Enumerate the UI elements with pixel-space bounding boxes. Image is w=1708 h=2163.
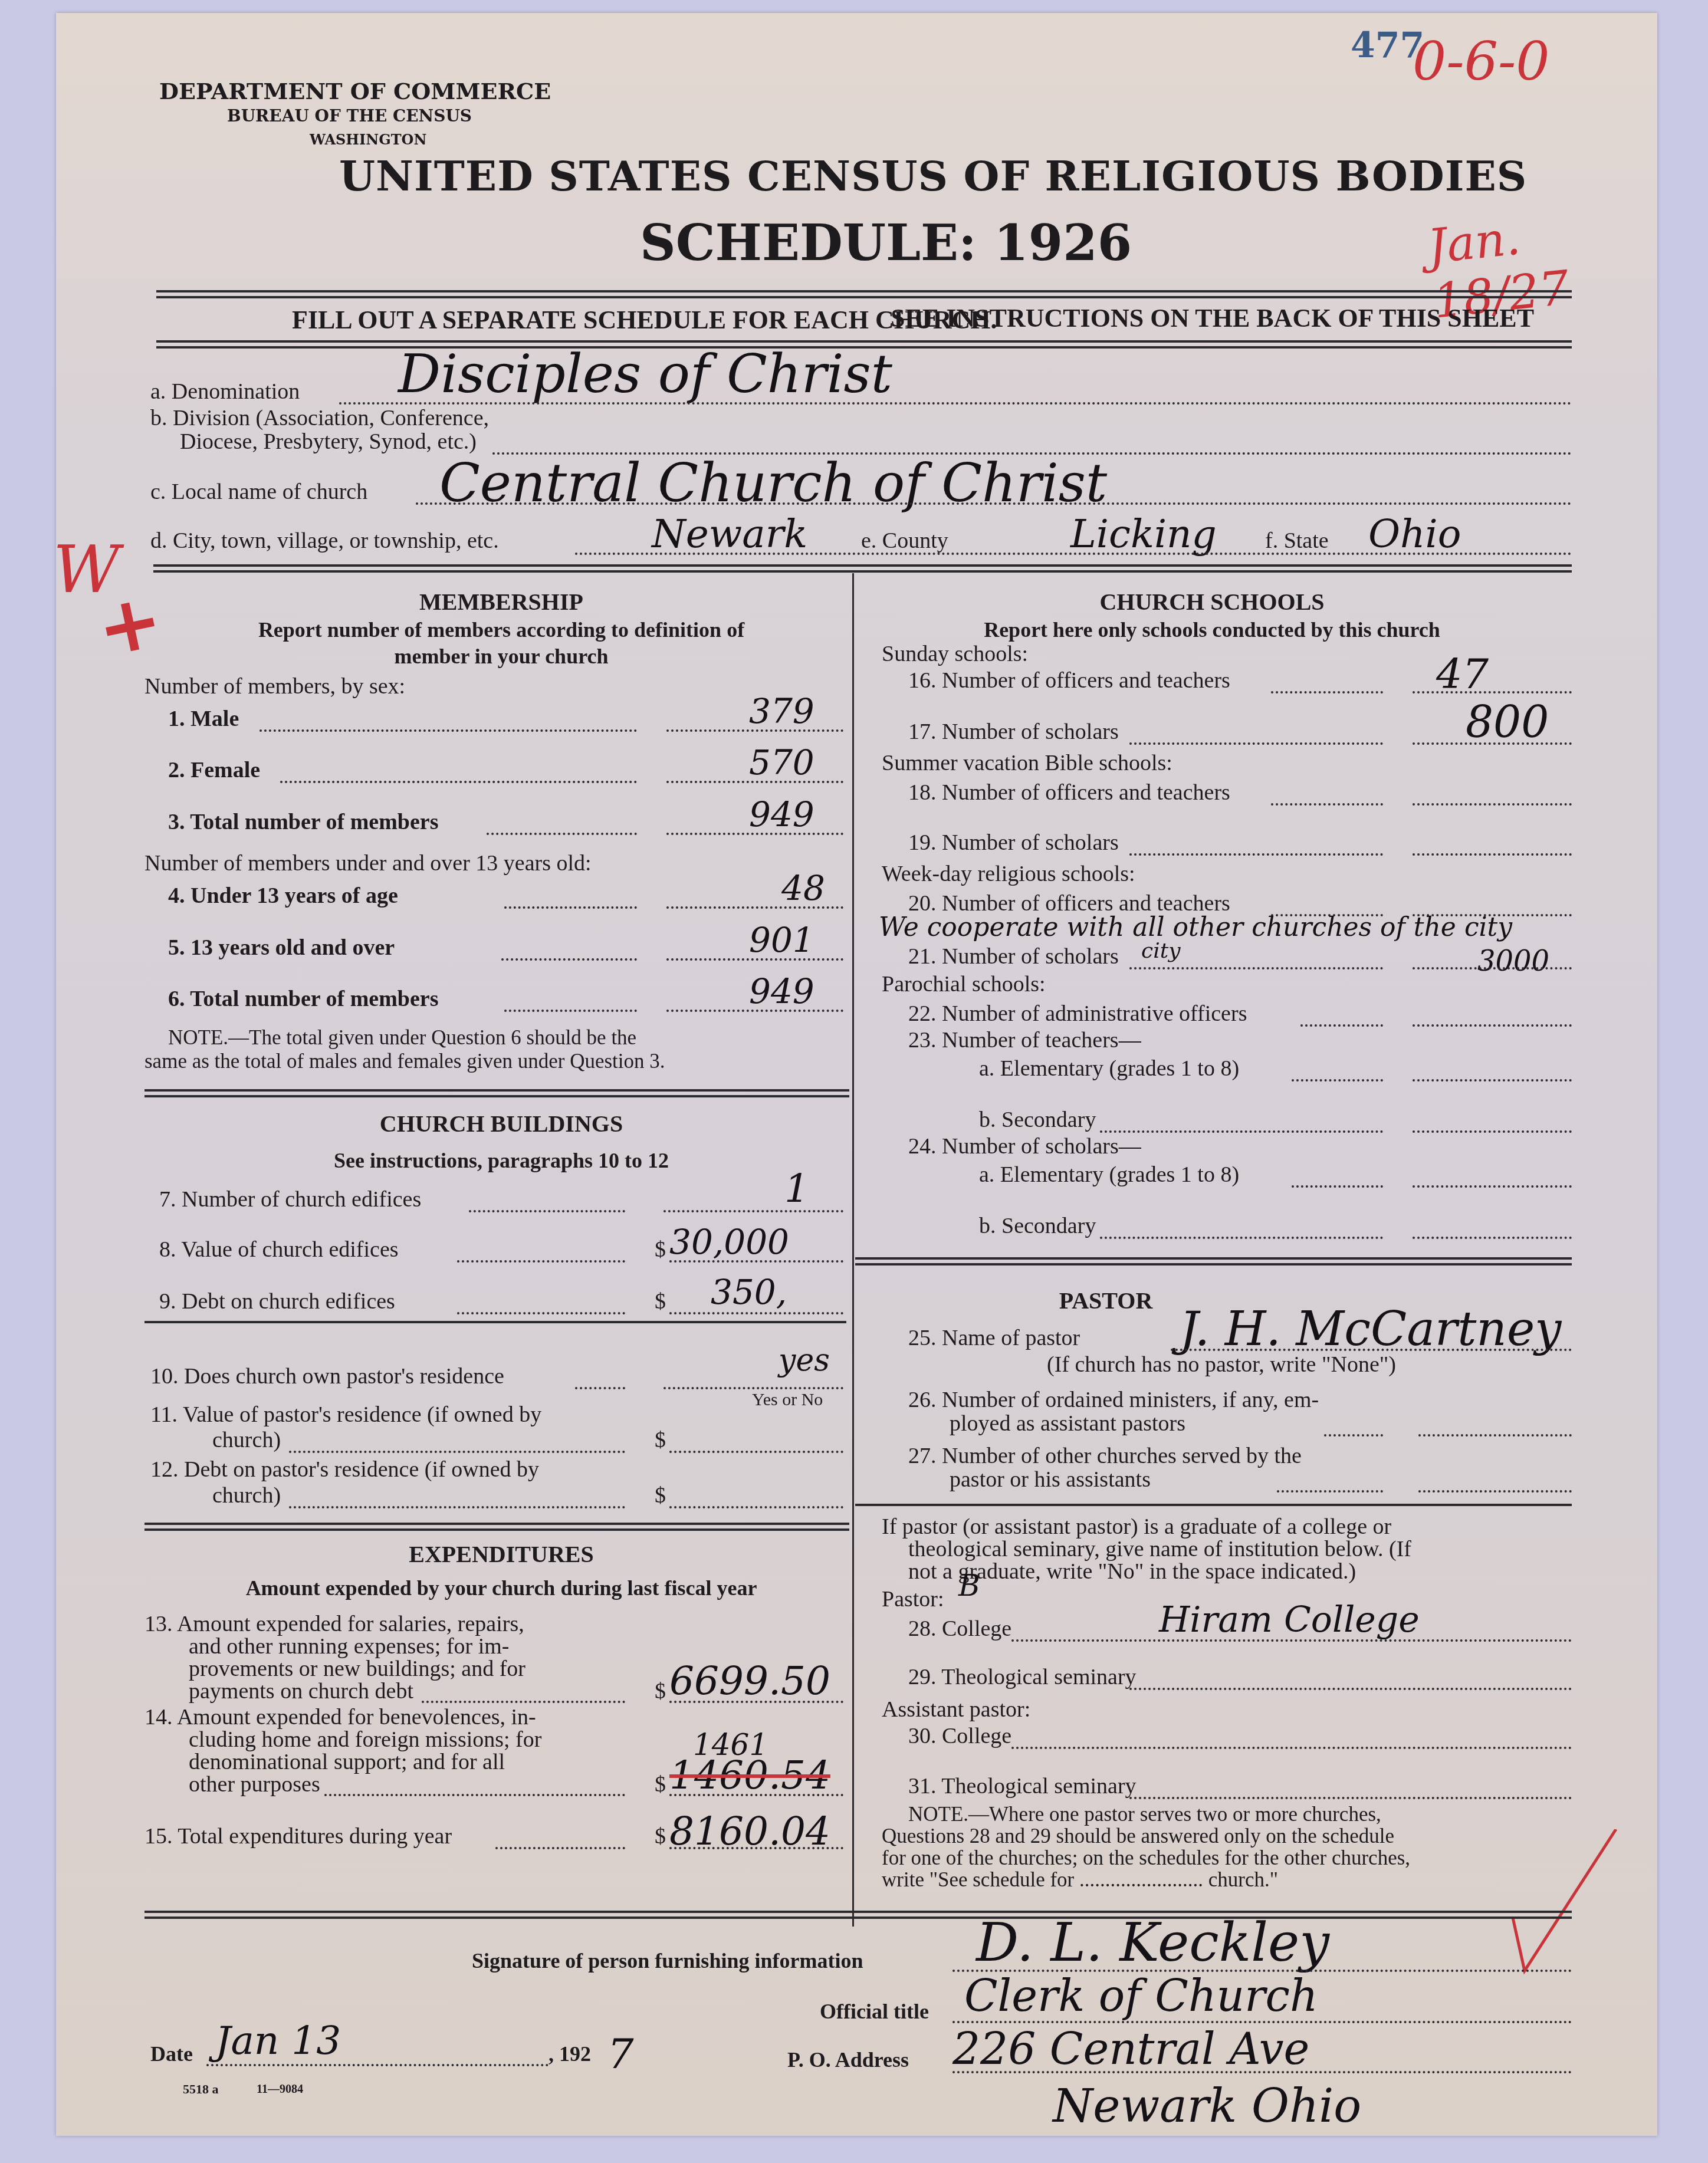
membership-subtitle-2: member in your church	[153, 644, 849, 669]
state-field[interactable]: Ohio	[1368, 511, 1461, 557]
q5-label: 5. 13 years old and over	[168, 935, 395, 961]
denomination-label: a. Denomination	[150, 379, 300, 405]
leader	[1129, 853, 1383, 856]
po-address-line2[interactable]: Newark Ohio	[1053, 2080, 1361, 2133]
parochial-schools-label: Parochial schools:	[882, 971, 1046, 997]
answer-line	[669, 1260, 843, 1263]
q19-field[interactable]	[1413, 853, 1572, 856]
q23b-field[interactable]	[1413, 1130, 1572, 1133]
date-field[interactable]: Jan 13	[215, 2018, 341, 2063]
q18-field[interactable]	[1413, 803, 1572, 806]
membership-note-1: NOTE.—The total given under Question 6 s…	[168, 1026, 636, 1050]
q4-under13-field[interactable]: 48	[781, 868, 825, 908]
bureau-name: BUREAU OF THE CENSUS	[227, 106, 472, 126]
q11-value-field[interactable]	[669, 1451, 843, 1453]
dollar-sign: $	[655, 1482, 666, 1508]
sunday-schools-label: Sunday schools:	[882, 641, 1028, 667]
divider	[156, 290, 1572, 298]
dollar-sign: $	[655, 1771, 666, 1797]
leader	[1271, 691, 1383, 693]
by-age-label: Number of members under and over 13 year…	[144, 850, 592, 876]
q2-label: 2. Female	[168, 757, 260, 783]
document-title: UNITED STATES CENSUS OF RELIGIOUS BODIES	[339, 152, 1527, 200]
red-check-icon	[1507, 1829, 1619, 1983]
summer-schools-label: Summer vacation Bible schools:	[882, 750, 1172, 776]
leader	[457, 1260, 625, 1263]
answer-line	[666, 1010, 843, 1012]
divider	[855, 1504, 1572, 1506]
divider	[153, 564, 1572, 573]
assistant-pastor-sublabel: Assistant pastor:	[882, 1697, 1030, 1722]
leader	[1300, 1024, 1383, 1027]
state-label: f. State	[1265, 528, 1329, 554]
leader	[1129, 967, 1383, 969]
leader	[1292, 1185, 1383, 1188]
signature-label: Signature of person furnishing informati…	[472, 1948, 863, 1973]
dollar-sign: $	[655, 1237, 666, 1263]
q24a-label: a. Elementary (grades 1 to 8)	[979, 1162, 1239, 1188]
divider	[855, 1257, 1572, 1265]
church-schools-subtitle: Report here only schools conducted by th…	[858, 617, 1566, 642]
po-address-label: P. O. Address	[787, 2047, 909, 2072]
q8-label: 8. Value of church edifices	[159, 1237, 399, 1263]
answer-line	[669, 1847, 843, 1849]
church-name-field[interactable]: Central Church of Christ	[439, 452, 1107, 514]
answer-line	[664, 1387, 843, 1389]
q29-label: 29. Theological seminary	[908, 1664, 1137, 1690]
by-sex-label: Number of members, by sex:	[144, 673, 405, 699]
q26-line-2: ployed as assistant pastors	[950, 1411, 1185, 1436]
q16-label: 16. Number of officers and teachers	[908, 668, 1230, 693]
answer-line	[1011, 1639, 1572, 1642]
q24-label: 24. Number of scholars—	[908, 1133, 1141, 1159]
leader	[469, 1210, 625, 1212]
q31-label: 31. Theological seminary	[908, 1773, 1137, 1799]
county-label: e. County	[861, 528, 948, 554]
leader	[1292, 1079, 1383, 1081]
census-schedule-document: DEPARTMENT OF COMMERCE BUREAU OF THE CEN…	[56, 13, 1657, 2136]
leader	[289, 1506, 625, 1508]
church-name-line	[416, 502, 1572, 505]
pastor-red-mark: B	[958, 1569, 980, 1603]
answer-line	[666, 906, 843, 909]
leader	[280, 781, 637, 783]
red-code: 0-6-0	[1413, 31, 1550, 93]
q12-label-2: church)	[212, 1482, 281, 1508]
q3-label: 3. Total number of members	[168, 809, 438, 835]
q6-total-field[interactable]: 949	[749, 971, 814, 1011]
leader	[1277, 1490, 1383, 1493]
pastor-note-4: write "See schedule for ................…	[882, 1868, 1278, 1892]
q11-label-1: 11. Value of pastor's residence (if owne…	[150, 1402, 541, 1428]
q28-college-field[interactable]: Hiram College	[1159, 1599, 1420, 1641]
q27-line-2: pastor or his assistants	[950, 1467, 1151, 1493]
q7-edifices-field[interactable]: 1	[784, 1166, 809, 1211]
q21-label: 21. Number of scholars	[908, 944, 1119, 969]
leader	[504, 906, 637, 909]
answer-line	[669, 1312, 843, 1314]
church-buildings-subtitle: See instructions, paragraphs 10 to 12	[153, 1148, 849, 1173]
expenditures-subtitle: Amount expended by your church during la…	[153, 1576, 849, 1600]
q17-scholars-field[interactable]: 800	[1466, 697, 1549, 748]
q4-label: 4. Under 13 years of age	[168, 883, 398, 909]
dollar-sign: $	[655, 1427, 666, 1453]
answer-line	[952, 2071, 1572, 2073]
date-label: Date	[150, 2042, 193, 2066]
signature-field[interactable]: D. L. Keckley	[976, 1912, 1329, 1974]
leader	[422, 1701, 625, 1703]
official-title-label: Official title	[820, 1999, 929, 2024]
leader	[487, 833, 637, 835]
q13-line-4: payments on church debt	[189, 1678, 413, 1704]
q11-label-2: church)	[212, 1427, 281, 1453]
q3-total-field[interactable]: 949	[749, 794, 814, 834]
answer-line	[1413, 742, 1572, 745]
print-code: 11—9084	[257, 2083, 303, 2096]
dollar-sign: $	[655, 1678, 666, 1704]
membership-note-2: same as the total of males and females g…	[144, 1050, 665, 1073]
church-schools-heading: CHURCH SCHOOLS	[858, 588, 1566, 616]
q25-label: 25. Name of pastor	[908, 1325, 1080, 1351]
leader	[1271, 803, 1383, 806]
membership-heading: MEMBERSHIP	[153, 588, 849, 616]
q5-over13-field[interactable]: 901	[749, 920, 814, 960]
q23a-label: a. Elementary (grades 1 to 8)	[979, 1056, 1239, 1081]
form-number: 5518 a	[183, 2082, 219, 2097]
q27-field[interactable]	[1418, 1490, 1572, 1493]
leader	[457, 1312, 625, 1314]
schedule-year: SCHEDULE: 1926	[640, 213, 1132, 272]
instruction-right: SEE INSTRUCTIONS ON THE BACK OF THIS SHE…	[891, 303, 1534, 333]
answer-line	[1413, 967, 1572, 969]
leader	[1100, 1130, 1383, 1133]
leader	[260, 729, 637, 732]
q28-label: 28. College	[908, 1616, 1011, 1642]
q31-seminary-field[interactable]	[1129, 1797, 1572, 1799]
division-label-2: Diocese, Presbytery, Synod, etc.)	[180, 429, 477, 455]
q24b-field[interactable]	[1413, 1237, 1572, 1239]
year-digit-field[interactable]: 7	[607, 2030, 634, 2078]
answer-line	[666, 729, 843, 732]
leader	[501, 958, 637, 961]
column-divider	[852, 573, 854, 1927]
q10-residence-field[interactable]: yes	[779, 1343, 830, 1378]
membership-subtitle-1: Report number of members according to de…	[153, 617, 849, 642]
yes-no-hint: Yes or No	[752, 1390, 823, 1410]
pastor-sublabel: Pastor:	[882, 1586, 944, 1612]
q24a-field[interactable]	[1413, 1185, 1572, 1188]
department-name: DEPARTMENT OF COMMERCE	[159, 78, 551, 104]
divider	[144, 1911, 1572, 1919]
q22-label: 22. Number of administrative officers	[908, 1001, 1247, 1027]
q23b-label: b. Secondary	[979, 1107, 1096, 1133]
leader	[495, 1847, 625, 1849]
q24b-label: b. Secondary	[979, 1213, 1096, 1239]
q13-expended-field[interactable]: 6699.50	[669, 1658, 830, 1704]
q18-label: 18. Number of officers and teachers	[908, 780, 1230, 806]
weekday-cooperation-note: We cooperate with all other churches of …	[879, 912, 1512, 942]
q30-college-field[interactable]	[1011, 1747, 1572, 1749]
q30-label: 30. College	[908, 1723, 1011, 1749]
location-line	[575, 553, 1572, 555]
q2-female-field[interactable]: 570	[749, 742, 814, 783]
church-name-label: c. Local name of church	[150, 479, 367, 505]
answer-line	[664, 1210, 843, 1212]
q27-line-1: 27. Number of other churches served by t…	[908, 1443, 1302, 1469]
q7-label: 7. Number of church edifices	[159, 1186, 421, 1212]
pastor-note-1: NOTE.—Where one pastor serves two or mor…	[908, 1803, 1381, 1826]
q8-value-field[interactable]: 30,000	[669, 1222, 789, 1262]
answer-line	[206, 2064, 548, 2066]
po-address-field[interactable]: 226 Central Ave	[952, 2024, 1309, 2075]
q14-line-4: other purposes	[189, 1771, 320, 1797]
leader	[504, 1010, 637, 1012]
q19-label: 19. Number of scholars	[908, 830, 1119, 856]
divider	[144, 1523, 849, 1531]
q26-field[interactable]	[1418, 1434, 1572, 1436]
divider	[144, 1321, 846, 1323]
q1-label: 1. Male	[168, 706, 239, 732]
division-label-1: b. Division (Association, Conference,	[150, 405, 489, 431]
q23-label: 23. Number of teachers—	[908, 1027, 1141, 1053]
dollar-sign: $	[655, 1823, 666, 1849]
answer-line	[666, 833, 843, 835]
city-name: WASHINGTON	[310, 131, 426, 148]
q25-hint: (If church has no pastor, write "None")	[1047, 1352, 1396, 1378]
q22-field[interactable]	[1413, 1024, 1572, 1027]
leader	[575, 1387, 625, 1389]
q21-inline-note: city	[1141, 939, 1180, 963]
answer-line	[952, 2021, 1572, 2023]
answer-line	[669, 1794, 843, 1796]
denomination-field[interactable]: Disciples of Christ	[398, 343, 892, 405]
q29-seminary-field[interactable]	[1129, 1688, 1572, 1690]
weekday-schools-label: Week-day religious schools:	[882, 861, 1135, 887]
city-field[interactable]: Newark	[652, 511, 807, 557]
expenditures-heading: EXPENDITURES	[153, 1540, 849, 1568]
answer-line	[666, 781, 843, 783]
leader	[324, 1794, 625, 1796]
leader	[289, 1451, 625, 1453]
answer-line	[669, 1701, 843, 1703]
answer-line	[1413, 691, 1572, 693]
q23a-field[interactable]	[1413, 1079, 1572, 1081]
q21-scholars-field[interactable]: 3000	[1477, 945, 1549, 978]
q12-label-1: 12. Debt on pastor's residence (if owned…	[150, 1457, 539, 1482]
q14-benevolences-field[interactable]: 1460.54	[669, 1753, 830, 1798]
q26-line-1: 26. Number of ordained ministers, if any…	[908, 1387, 1319, 1413]
leader	[1324, 1434, 1383, 1436]
q17-label: 17. Number of scholars	[908, 719, 1119, 745]
year-prefix: , 192	[548, 2042, 591, 2066]
answer-line	[1171, 1349, 1572, 1351]
county-field[interactable]: Licking	[1070, 511, 1217, 557]
divider	[144, 1089, 849, 1097]
q6-label: 6. Total number of members	[168, 986, 438, 1012]
denomination-line	[339, 402, 1572, 405]
q1-male-field[interactable]: 379	[749, 691, 814, 731]
dollar-sign: $	[655, 1288, 666, 1314]
pastor-note-3: for one of the churches; on the schedule…	[882, 1846, 1410, 1870]
official-title-field[interactable]: Clerk of Church	[964, 1971, 1318, 2021]
city-label: d. City, town, village, or township, etc…	[150, 528, 499, 554]
answer-line	[666, 958, 843, 961]
q15-label: 15. Total expenditures during year	[144, 1823, 452, 1849]
pastor-note-2: Questions 28 and 29 should be answered o…	[882, 1825, 1394, 1848]
q9-label: 9. Debt on church edifices	[159, 1288, 395, 1314]
q9-debt-field[interactable]: 350,	[711, 1272, 787, 1312]
q12-debt-field[interactable]	[669, 1506, 843, 1508]
leader	[1129, 742, 1383, 745]
q10-label: 10. Does church own pastor's residence	[150, 1363, 504, 1389]
church-buildings-heading: CHURCH BUILDINGS	[153, 1110, 849, 1138]
leader	[1100, 1237, 1383, 1239]
